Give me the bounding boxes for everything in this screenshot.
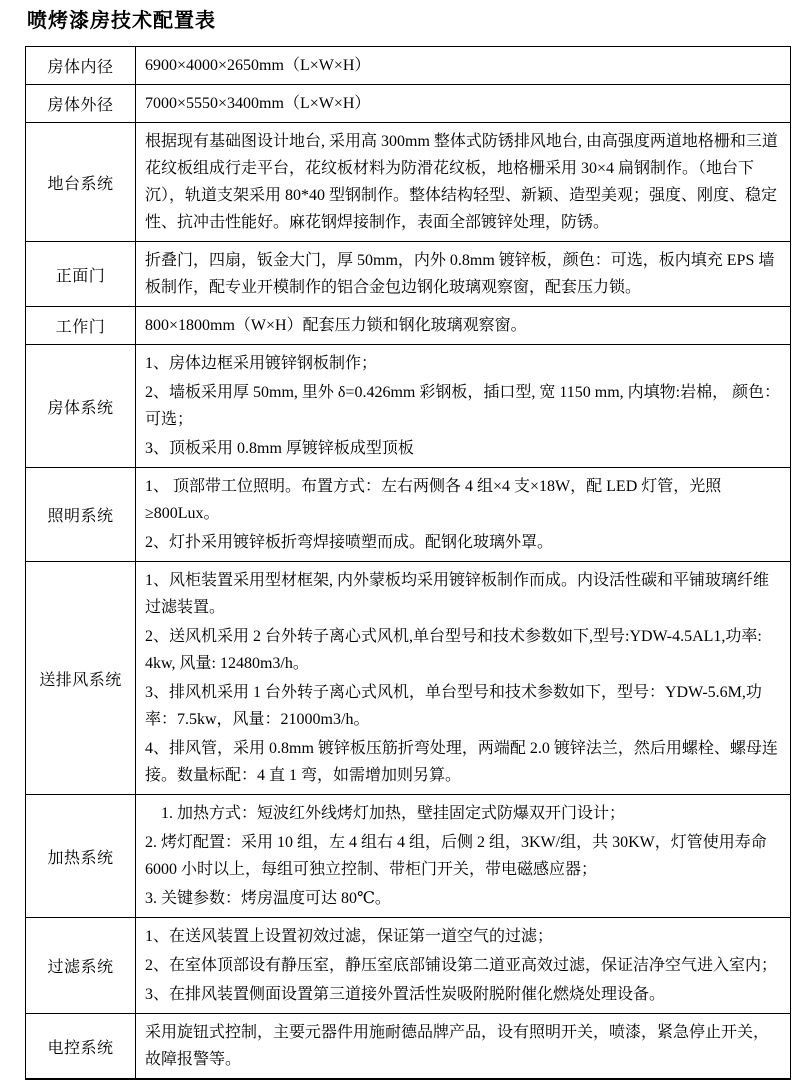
spec-row: 照明系统1、 顶部带工位照明。布置方式：左右两侧各 4 组×4 支×18W，配 … xyxy=(26,468,791,562)
row-content: 根据现有基础图设计地台, 采用高 300mm 整体式防锈排风地台, 由高强度两道… xyxy=(136,123,791,242)
spec-table-body: 房体内径6900×4000×2650mm（L×W×H）房体外径7000×5550… xyxy=(26,47,791,1080)
spec-row: 过滤系统1、在送风装置上设置初效过滤，保证第一道空气的过滤；2、在室体顶部设有静… xyxy=(26,918,791,1014)
row-content: 1. 加热方式：短波红外线烤灯加热，壁挂固定式防爆双开门设计；2. 烤灯配置：采… xyxy=(136,795,791,918)
content-line: 3、在排风装置侧面设置第三道接外置活性炭吸附脱附催化燃烧处理设备。 xyxy=(145,981,782,1008)
row-content: 1、 顶部带工位照明。布置方式：左右两侧各 4 组×4 支×18W，配 LED … xyxy=(136,468,791,562)
content-line: 1、 顶部带工位照明。布置方式：左右两侧各 4 组×4 支×18W，配 LED … xyxy=(145,473,782,527)
row-label: 房体系统 xyxy=(26,345,136,468)
spec-table: 房体内径6900×4000×2650mm（L×W×H）房体外径7000×5550… xyxy=(25,46,791,1080)
page-title: 喷烤漆房技术配置表 xyxy=(27,8,807,34)
spec-row: 工作门800×1800mm（W×H）配套压力锁和钢化玻璃观察窗。 xyxy=(26,307,791,345)
content-line: 2. 烤灯配置：采用 10 组，左 4 组右 4 组，后侧 2 组，3KW/组，… xyxy=(145,829,782,883)
spec-row: 电控系统采用旋钮式控制，主要元器件用施耐德品牌产品，设有照明开关，喷漆，紧急停止… xyxy=(26,1014,791,1080)
spec-row: 房体外径7000×5550×3400mm（L×W×H） xyxy=(26,85,791,123)
content-line: 1. 加热方式：短波红外线烤灯加热，壁挂固定式防爆双开门设计； xyxy=(145,800,782,827)
row-label: 工作门 xyxy=(26,307,136,345)
spec-row: 房体内径6900×4000×2650mm（L×W×H） xyxy=(26,47,791,85)
content-line: 1、在送风装置上设置初效过滤，保证第一道空气的过滤； xyxy=(145,923,782,950)
row-label: 房体外径 xyxy=(26,85,136,123)
content-line: 6900×4000×2650mm（L×W×H） xyxy=(145,52,782,79)
content-line: 折叠门，四扇，钣金大门，厚 50mm，内外 0.8mm 镀锌板，颜色：可选，板内… xyxy=(145,247,782,301)
content-line: 1、风柜装置采用型材框架, 内外蒙板均采用镀锌板制作而成。内设活性碳和平铺玻璃纤… xyxy=(145,567,782,621)
row-content: 折叠门，四扇，钣金大门，厚 50mm，内外 0.8mm 镀锌板，颜色：可选，板内… xyxy=(136,242,791,307)
row-label: 房体内径 xyxy=(26,47,136,85)
content-line: 3、顶板采用 0.8mm 厚镀锌板成型顶板 xyxy=(145,435,782,462)
row-content: 采用旋钮式控制，主要元器件用施耐德品牌产品，设有照明开关，喷漆，紧急停止开关，故… xyxy=(136,1014,791,1080)
content-line: 4、排风管，采用 0.8mm 镀锌板压筋折弯处理，两端配 2.0 镀锌法兰，然后… xyxy=(145,735,782,789)
row-label: 电控系统 xyxy=(26,1014,136,1080)
content-line: 3. 关键参数：烤房温度可达 80℃。 xyxy=(145,885,782,912)
row-label: 正面门 xyxy=(26,242,136,307)
row-content: 800×1800mm（W×H）配套压力锁和钢化玻璃观察窗。 xyxy=(136,307,791,345)
row-label: 送排风系统 xyxy=(26,562,136,795)
content-line: 1、房体边框采用镀锌钢板制作； xyxy=(145,350,782,377)
row-content: 1、房体边框采用镀锌钢板制作；2、墙板采用厚 50mm, 里外 δ=0.426m… xyxy=(136,345,791,468)
document-page: 喷烤漆房技术配置表 房体内径6900×4000×2650mm（L×W×H）房体外… xyxy=(0,0,807,1080)
row-label: 加热系统 xyxy=(26,795,136,918)
row-content: 1、在送风装置上设置初效过滤，保证第一道空气的过滤；2、在室体顶部设有静压室，静… xyxy=(136,918,791,1014)
row-content: 7000×5550×3400mm（L×W×H） xyxy=(136,85,791,123)
row-content: 1、风柜装置采用型材框架, 内外蒙板均采用镀锌板制作而成。内设活性碳和平铺玻璃纤… xyxy=(136,562,791,795)
spec-row: 送排风系统1、风柜装置采用型材框架, 内外蒙板均采用镀锌板制作而成。内设活性碳和… xyxy=(26,562,791,795)
content-line: 2、在室体顶部设有静压室，静压室底部铺设第二道亚高效过滤，保证洁净空气进入室内； xyxy=(145,952,782,979)
spec-row: 加热系统 1. 加热方式：短波红外线烤灯加热，壁挂固定式防爆双开门设计；2. 烤… xyxy=(26,795,791,918)
content-line: 2、墙板采用厚 50mm, 里外 δ=0.426mm 彩钢板，插口型, 宽 11… xyxy=(145,379,782,433)
spec-row: 房体系统1、房体边框采用镀锌钢板制作；2、墙板采用厚 50mm, 里外 δ=0.… xyxy=(26,345,791,468)
content-line: 3、排风机采用 1 台外转子离心式风机，单台型号和技术参数如下，型号：YDW-5… xyxy=(145,679,782,733)
row-label: 地台系统 xyxy=(26,123,136,242)
content-line: 根据现有基础图设计地台, 采用高 300mm 整体式防锈排风地台, 由高强度两道… xyxy=(145,128,782,236)
spec-row: 正面门折叠门，四扇，钣金大门，厚 50mm，内外 0.8mm 镀锌板，颜色：可选… xyxy=(26,242,791,307)
row-label: 照明系统 xyxy=(26,468,136,562)
row-content: 6900×4000×2650mm（L×W×H） xyxy=(136,47,791,85)
row-label: 过滤系统 xyxy=(26,918,136,1014)
content-line: 2、灯扑采用镀锌板折弯焊接喷塑而成。配钢化玻璃外罩。 xyxy=(145,529,782,556)
content-line: 2、送风机采用 2 台外转子离心式风机,单台型号和技术参数如下,型号:YDW-4… xyxy=(145,623,782,677)
content-line: 800×1800mm（W×H）配套压力锁和钢化玻璃观察窗。 xyxy=(145,312,782,339)
content-line: 采用旋钮式控制，主要元器件用施耐德品牌产品，设有照明开关，喷漆，紧急停止开关，故… xyxy=(145,1019,782,1073)
spec-row: 地台系统根据现有基础图设计地台, 采用高 300mm 整体式防锈排风地台, 由高… xyxy=(26,123,791,242)
content-line: 7000×5550×3400mm（L×W×H） xyxy=(145,90,782,117)
